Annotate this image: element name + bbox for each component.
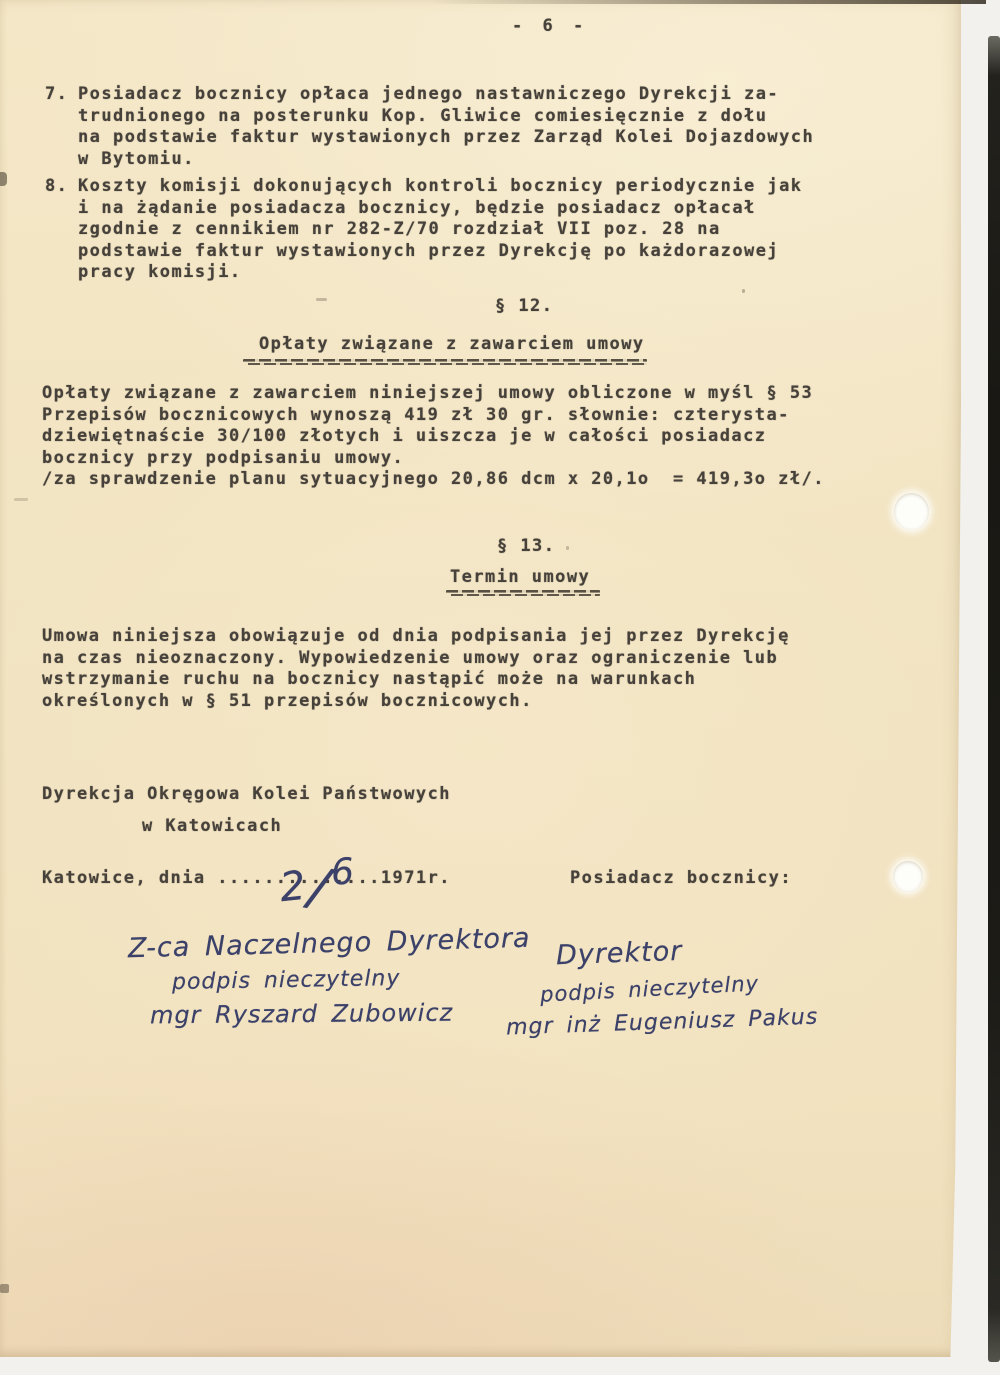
section-12-body: Opłaty związane z zawarciem niniejszej u… — [42, 383, 825, 491]
section-13-number: § 13. — [497, 536, 555, 558]
clause-line: w Bytomiu. — [78, 149, 814, 171]
paper-speck — [0, 1284, 9, 1293]
section-12-title: Opłaty związane z zawarciem umowy — [259, 334, 645, 356]
issuer-block: Dyrekcja Okręgowa Kolei Państwowych w Ka… — [42, 784, 451, 837]
handwritten-month: 6 — [330, 851, 357, 894]
paper-speck — [566, 546, 569, 550]
body-line: Umowa niniejsza obowiązuje od dnia podpi… — [42, 626, 790, 648]
page-number: - 6 - — [512, 16, 588, 38]
clause-line: Posiadacz bocznicy opłaca jednego nastaw… — [78, 84, 814, 106]
handwritten-slash: / — [305, 857, 334, 919]
right-party-label: Posiadacz bocznicy: — [570, 868, 792, 890]
issuer-name: Dyrekcja Okręgowa Kolei Państwowych — [42, 784, 451, 806]
clause-number: 8. — [45, 176, 68, 198]
clause-line: podstawie faktur wystawionych przez Dyre… — [78, 241, 802, 263]
clause-line: i na żądanie posiadacza bocznicy, będzie… — [78, 198, 802, 220]
section-12-number: § 12. — [495, 296, 553, 318]
body-line: określonych w § 51 przepisów bocznicowyc… — [42, 691, 790, 713]
clause-line: pracy komisji. — [78, 262, 802, 284]
hole-punch — [893, 861, 923, 892]
body-line: bocznicy przy podpisaniu umowy. — [42, 448, 825, 470]
signature-left-name: mgr Ryszard Zubowicz — [150, 999, 453, 1030]
handwritten-date: 2/6 — [236, 834, 355, 932]
paper-speck — [0, 172, 7, 186]
date-prefix: Katowice, dnia — [42, 868, 217, 888]
clause-line: Koszty komisji dokonujących kontroli boc… — [78, 176, 802, 198]
clause-line: trudnionego na posterunku Kop. Gliwice c… — [78, 106, 814, 128]
scanned-document-page: - 6 - 7. Posiadacz bocznicy opłaca jedne… — [0, 0, 1000, 1375]
section-13-body: Umowa niniejsza obowiązuje od dnia podpi… — [42, 626, 790, 712]
body-line: Opłaty związane z zawarciem niniejszej u… — [42, 383, 825, 405]
scan-top-edge-shadow — [430, 0, 986, 4]
clause-number: 7. — [45, 84, 68, 106]
clause-line: zgodnie z cennikiem nr 282-Z/70 rozdział… — [78, 219, 802, 241]
hole-punch — [894, 493, 929, 530]
handwritten-day: 2 — [278, 863, 309, 912]
body-line: /za sprawdzenie planu sytuacyjnego 20,86… — [42, 469, 825, 491]
scanner-edge-strip — [988, 36, 1000, 1362]
paper-speck — [742, 289, 745, 293]
date-year: 1971r. — [381, 868, 451, 888]
body-line: Przepisów bocznicowych wynoszą 419 zł 30… — [42, 405, 825, 427]
body-line: dziewiętnaście 30/100 złotych i uiszcza … — [42, 426, 825, 448]
clause-line: na podstawie faktur wystawionych przez Z… — [78, 127, 814, 149]
section-13-title: Termin umowy — [450, 567, 590, 589]
section-13-title-underline — [446, 590, 600, 596]
clause-7: 7. Posiadacz bocznicy opłaca jednego nas… — [45, 84, 814, 170]
paper-speck — [14, 498, 28, 501]
clause-8: 8. Koszty komisji dokonujących kontroli … — [45, 176, 802, 284]
paper-speck — [316, 298, 327, 301]
body-line: wstrzymanie ruchu na bocznicy nastąpić m… — [42, 669, 790, 691]
signature-right-role: Dyrektor — [555, 936, 682, 971]
signature-left-note: podpis nieczytelny — [172, 966, 401, 995]
section-12-title-underline — [243, 359, 647, 365]
body-line: na czas nieoznaczony. Wypowiedzenie umow… — [42, 648, 790, 670]
